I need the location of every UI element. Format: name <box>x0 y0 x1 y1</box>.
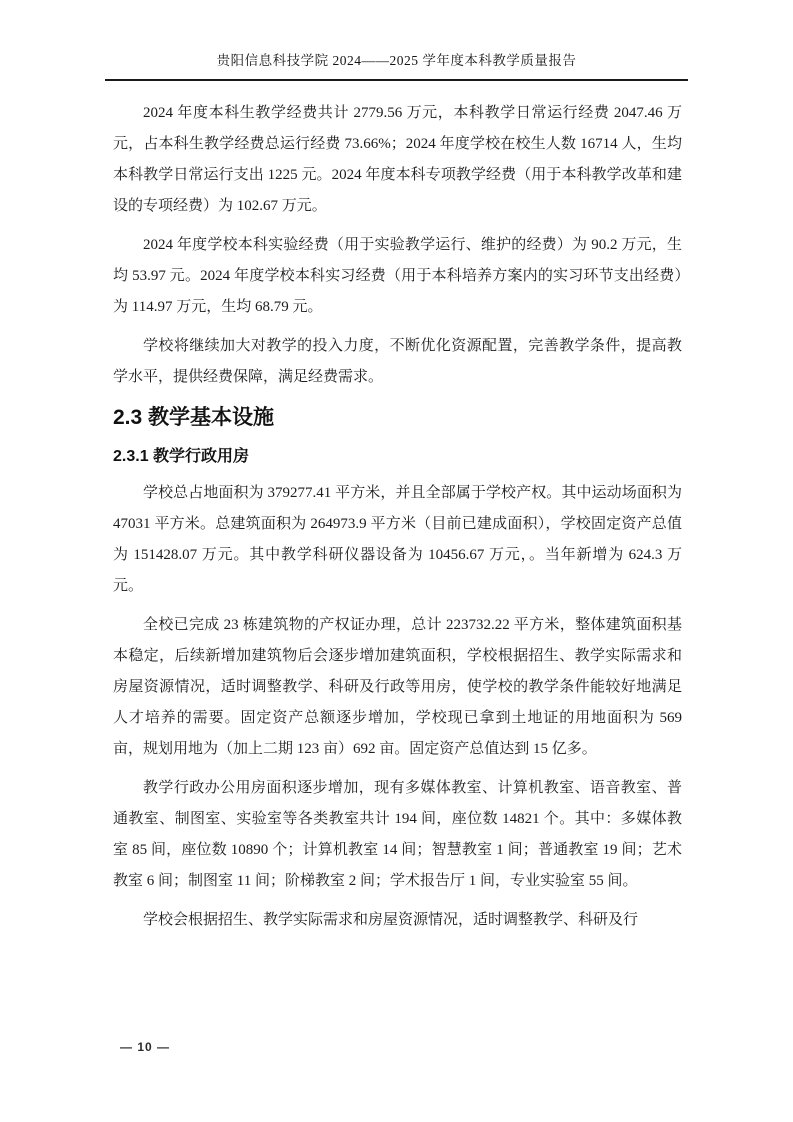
paragraph-classrooms: 教学行政办公用房面积逐步增加，现有多媒体教室、计算机教室、语音教室、普通教室、制… <box>113 773 682 897</box>
paragraph-buildings-property: 全校已完成 23 栋建筑物的产权证办理，总计 223732.22 平方米，整体建… <box>113 610 682 765</box>
page-number: — 10 — <box>120 1040 170 1054</box>
page-header: 贵阳信息科技学院 2024——2025 学年度本科教学质量报告 <box>0 0 793 81</box>
page-footer: — 10 — <box>120 1040 170 1054</box>
paragraph-adjustment-note: 学校会根据招生、教学实际需求和房屋资源情况，适时调整教学、科研及行 <box>113 905 682 936</box>
subsection-heading-2-3-1: 2.3.1 教学行政用房 <box>113 446 682 468</box>
document-page: 贵阳信息科技学院 2024——2025 学年度本科教学质量报告 2024 年度本… <box>0 0 793 1122</box>
document-content: 2024 年度本科生教学经费共计 2779.56 万元，本科教学日常运行经费 2… <box>0 81 793 936</box>
paragraph-campus-area: 学校总占地面积为 379277.41 平方米，并且全部属于学校产权。其中运动场面… <box>113 478 682 602</box>
paragraph-funding-overview: 2024 年度本科生教学经费共计 2779.56 万元，本科教学日常运行经费 2… <box>113 98 682 222</box>
section-heading-2-3: 2.3 教学基本设施 <box>113 403 682 432</box>
paragraph-funding-commitment: 学校将继续加大对教学的投入力度，不断优化资源配置，完善教学条件，提高教学水平，提… <box>113 331 682 393</box>
header-title: 贵阳信息科技学院 2024——2025 学年度本科教学质量报告 <box>0 0 793 72</box>
paragraph-experiment-practice-funds: 2024 年度学校本科实验经费（用于实验教学运行、维护的经费）为 90.2 万元… <box>113 230 682 323</box>
